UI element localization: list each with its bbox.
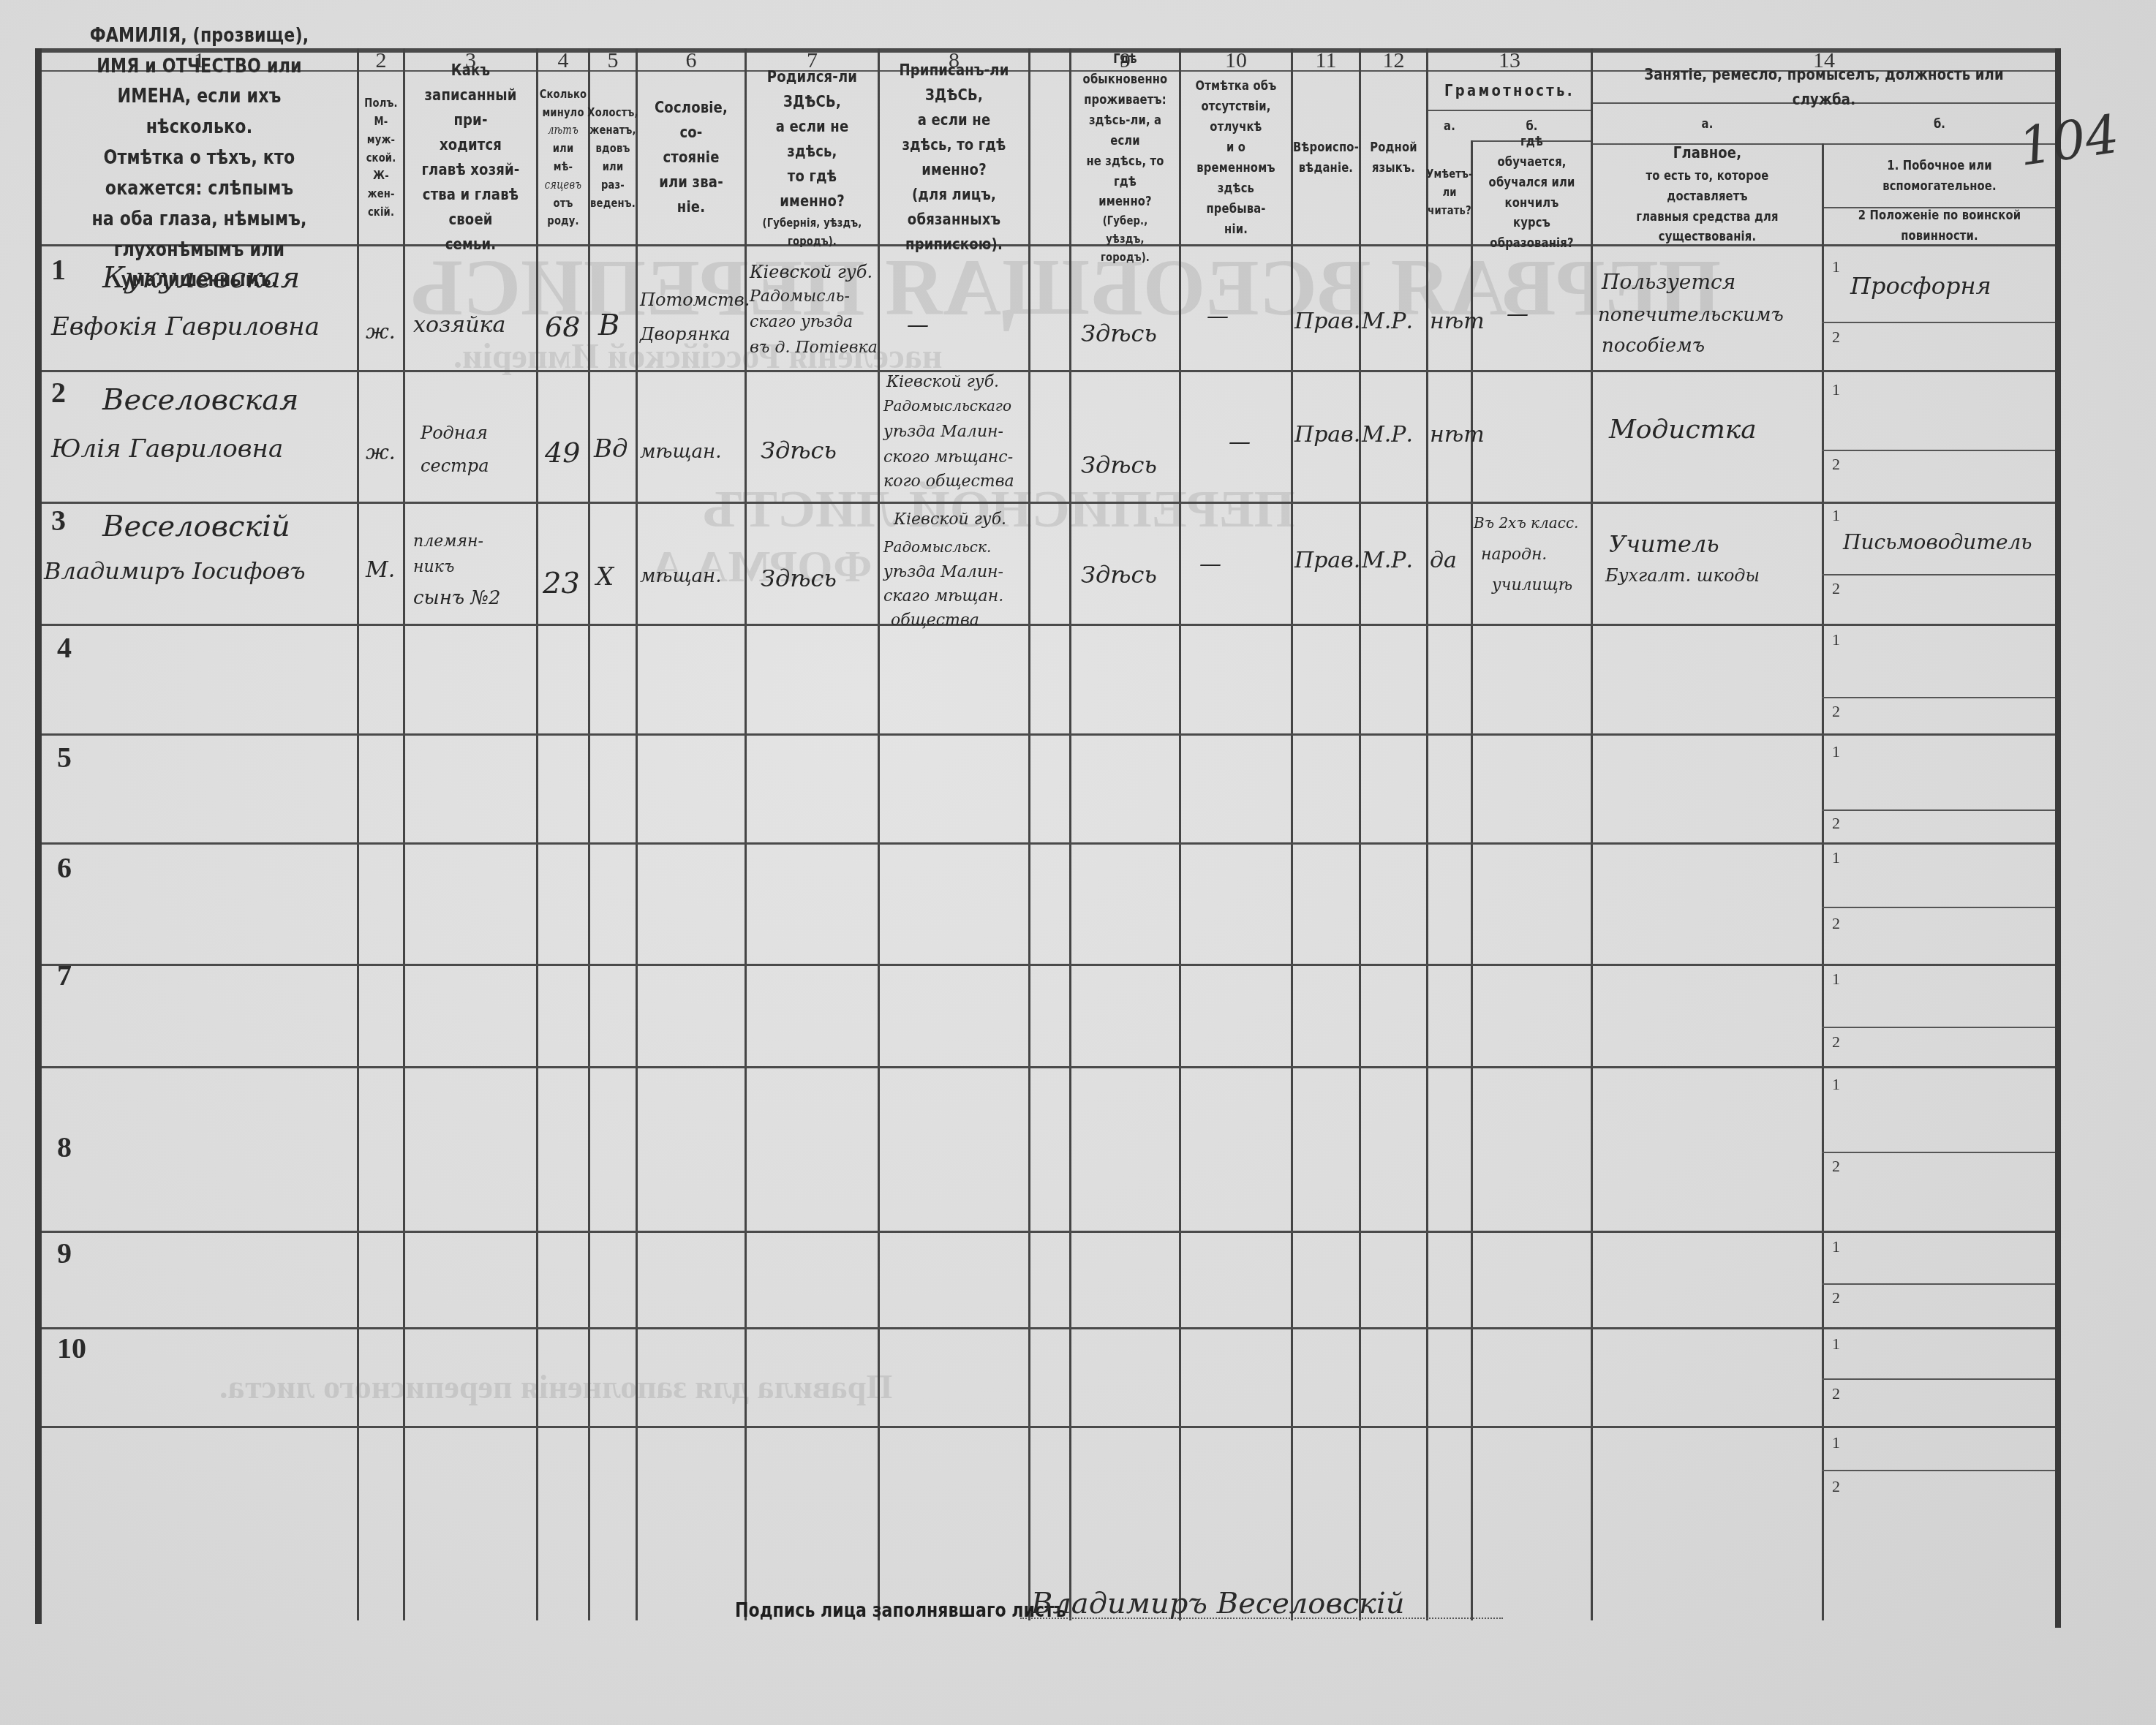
row1-sex: ж. xyxy=(366,322,396,342)
row3-given-names: Владимиръ Іосифовъ xyxy=(44,559,306,583)
subrow-label: 1 xyxy=(1832,1433,1840,1452)
header-line: именно? xyxy=(921,158,987,183)
ghost-rules: Правила для заполненія переписного листа… xyxy=(219,1367,892,1406)
row-number: 6 xyxy=(57,850,72,885)
header-line: а если не здѣсь, xyxy=(762,115,862,165)
row-number: 3 xyxy=(51,503,66,537)
row1-birthplace-4: въ д. Потіевка xyxy=(750,340,878,356)
subrow-line xyxy=(1822,1378,2055,1380)
subrow-label: 1 xyxy=(1832,380,1840,399)
row2-registered-5: кого общества xyxy=(883,474,1014,490)
col-line xyxy=(1179,48,1181,1620)
row-number: 4 xyxy=(57,630,72,665)
subrow-label: 1 xyxy=(1832,1237,1840,1256)
subrow-label: 2 xyxy=(1832,702,1840,721)
signature-value: Владимиръ Веселовскій xyxy=(1031,1587,1405,1620)
col-line xyxy=(1591,48,1593,1620)
row-number: 8 xyxy=(57,1130,72,1164)
row2-registered-3: уѣзда Малин- xyxy=(883,424,1003,440)
header-line: Сословіе, со- xyxy=(651,96,731,146)
subrow-label: 2 xyxy=(1832,455,1840,474)
col-line xyxy=(1028,48,1030,1620)
row3-absence: — xyxy=(1199,554,1221,575)
row1-given-names: Евфокія Гавриловна xyxy=(51,314,320,339)
header-line: здѣсь-ли, а если xyxy=(1085,110,1166,151)
row2-religion: Прав. xyxy=(1294,424,1360,446)
subrow-line xyxy=(1822,1027,2055,1028)
row3-occupation-main-1: Учитель xyxy=(1609,532,1719,556)
colnum-5: 5 xyxy=(590,51,636,70)
subrow-label: 1 xyxy=(1832,742,1840,761)
header-line: главныя средства для существованія. xyxy=(1617,207,1798,248)
header-line: Какъ записанный при- xyxy=(421,58,521,133)
row2-relation-2: сестра xyxy=(421,457,489,475)
row1-language: М.Р. xyxy=(1362,311,1413,333)
table-frame-left xyxy=(35,48,42,1624)
row-number: 7 xyxy=(57,958,72,992)
header-line: читать? xyxy=(1428,202,1471,220)
header-line: (для лицъ, обязанныхъ xyxy=(897,183,1011,233)
row3-registered-4: скаго мѣщан. xyxy=(883,589,1003,605)
row3-estate: мѣщан. xyxy=(640,567,721,586)
header-col13-group: Грамотность. xyxy=(1443,73,1576,110)
row1-birthplace-1: Кіевской губ. xyxy=(750,263,872,281)
header-col13b: гдѣ обучается, обучался или кончилъ курс… xyxy=(1483,143,1580,243)
row-line xyxy=(42,370,2055,372)
row1-surname: Кукулевская xyxy=(102,263,300,292)
row1-absence: — xyxy=(1207,306,1229,328)
row-number: 2 xyxy=(51,375,66,409)
col-line xyxy=(1426,48,1428,1620)
header-line: Полъ. xyxy=(364,94,397,113)
colnum-6: 6 xyxy=(638,51,745,70)
row3-registered-3: уѣзда Малин- xyxy=(883,565,1003,581)
header-line: Умѣетъ- xyxy=(1426,165,1472,184)
header-line: и о временномъ xyxy=(1194,137,1277,178)
row3-occupation-side: Письмоводитель xyxy=(1843,532,2032,553)
col-line xyxy=(1471,140,1473,1620)
header-line: женатъ, xyxy=(589,121,636,140)
row3-education-3: училищѣ xyxy=(1492,578,1572,594)
header-col14b-1: 1. Побочное или вспомогательное. xyxy=(1844,146,2034,207)
header-line: проживаетъ: xyxy=(1084,90,1166,110)
row3-registered-1: Кіевской губ. xyxy=(894,512,1006,528)
row1-birthplace-3: скаго уѣзда xyxy=(750,314,853,331)
row-line xyxy=(42,964,2055,966)
col-line xyxy=(878,48,880,1620)
row1-residence: Здѣсь xyxy=(1081,322,1157,345)
row2-registered-2: Радомысльскаго xyxy=(883,399,1011,413)
header-line: вдовъ xyxy=(596,140,630,158)
col-line xyxy=(1359,48,1361,1620)
header-line: ли xyxy=(1442,184,1456,202)
row2-birthplace: Здѣсь xyxy=(761,439,837,462)
subrow-label: 1 xyxy=(1832,506,1840,525)
subrow-line xyxy=(1822,574,2055,575)
row2-estate: мѣщан. xyxy=(640,442,721,461)
census-form-sheet: ПЕРВАЯ ВСЕОБЩАЯ ПЕРЕПИСЬ населенія Россі… xyxy=(0,0,2156,1725)
header-line: веденъ. xyxy=(590,195,636,213)
colnum-11: 11 xyxy=(1293,51,1359,70)
row3-relation-1: племян- xyxy=(413,534,483,550)
subrow-label: 1 xyxy=(1832,1335,1840,1354)
subrow-line xyxy=(1822,1283,2055,1285)
header-line: Приписанъ-ли ЗДѢСЬ, xyxy=(897,58,1011,108)
signature-label: Подпись лица заполнявшаго листъ xyxy=(735,1600,1066,1622)
header-line: М-муж- xyxy=(366,113,395,149)
row3-occupation-main-2: Бухгалт. шкоды xyxy=(1605,567,1760,584)
row1-relation: хозяйка xyxy=(413,314,505,336)
col-line xyxy=(1291,48,1293,1620)
row3-birthplace: Здѣсь xyxy=(761,567,837,590)
subrow-line xyxy=(1822,450,2055,451)
row3-age: 23 xyxy=(543,569,580,598)
header-col9: Гдѣ обыкновенно проживаетъ: здѣсь-ли, а … xyxy=(1081,73,1169,243)
header-col4: Сколько минуло лѣтъ или мѣ- сяцевъ отъ р… xyxy=(543,73,584,243)
row1-occupation-main-1: Пользуется xyxy=(1602,272,1735,292)
header-line: ніи. xyxy=(1224,219,1248,240)
col-line xyxy=(536,48,538,1620)
subrow-line xyxy=(1822,1470,2055,1471)
header-line: вѣданіе. xyxy=(1299,158,1353,178)
subrow-label: 1 xyxy=(1832,848,1840,867)
row1-religion: Прав. xyxy=(1294,311,1360,333)
header-line: отсутствіи, отлучкѣ xyxy=(1194,97,1277,137)
row2-sex: ж. xyxy=(366,442,396,463)
col-line xyxy=(588,48,590,1620)
row1-estate-2: Дворянка xyxy=(640,325,731,343)
subrow-label: 2 xyxy=(1832,1033,1840,1052)
row1-birthplace-2: Радомысль- xyxy=(750,289,850,305)
row3-can-read: да xyxy=(1430,550,1457,572)
header-line: скій. xyxy=(368,203,394,222)
row3-religion: Прав. xyxy=(1294,550,1360,572)
header-line: кончилъ курсъ xyxy=(1487,193,1576,234)
row2-registered-1: Кіевской губ. xyxy=(886,374,999,390)
subrow-label: 2 xyxy=(1832,814,1840,833)
row1-registered: — xyxy=(907,314,929,336)
row2-can-read: нѣт xyxy=(1430,424,1485,446)
colnum-4: 4 xyxy=(538,51,588,70)
row1-education: — xyxy=(1507,303,1529,325)
row1-estate-1: Потомств. xyxy=(640,291,750,309)
header-line: Холостъ, xyxy=(587,104,638,122)
header-col14b-2: 2 Положеніе по воинской повинности. xyxy=(1844,209,2034,243)
row-line xyxy=(42,1231,2055,1233)
header-line: (Губернія, уѣздъ, городъ). xyxy=(762,214,862,251)
row2-occupation-main: Модистка xyxy=(1609,417,1757,443)
header-col8: Приписанъ-ли ЗДѢСЬ, а если не здѣсь, то … xyxy=(893,73,1014,243)
subrow-line xyxy=(1822,697,2055,698)
row3-relation-2: никъ xyxy=(413,559,454,575)
subrow-label: 2 xyxy=(1832,914,1840,933)
row1-marital: В xyxy=(598,311,619,340)
header-line: обучался или xyxy=(1489,173,1575,193)
row-number: 9 xyxy=(57,1236,72,1270)
subrow-label: 1 xyxy=(1832,970,1840,989)
row1-occupation-side: Просфорня xyxy=(1850,274,1991,298)
header-line: минуло xyxy=(542,104,584,122)
header-line: а если не здѣсь, то гдѣ xyxy=(897,108,1011,158)
row3-education-1: Въ 2хъ класс. xyxy=(1474,516,1578,530)
subrow-line xyxy=(1822,1152,2055,1153)
row-line xyxy=(42,1426,2055,1428)
subrow-label: 2 xyxy=(1832,1477,1840,1496)
header-line: или раз- xyxy=(598,158,628,195)
row3-language: М.Р. xyxy=(1362,550,1413,572)
subrow-label: 2 xyxy=(1832,1157,1840,1176)
row3-sex: М. xyxy=(366,559,395,581)
colnum-12: 12 xyxy=(1361,51,1426,70)
header-col6: Сословіе, со- стояніе или зва- ніе. xyxy=(647,73,735,243)
header-line: припискою). xyxy=(905,233,1003,257)
header-line: отъ роду. xyxy=(546,195,580,231)
header-line: то есть то, которое доставляетъ xyxy=(1617,166,1798,207)
row1-can-read: нѣт xyxy=(1430,311,1485,333)
header-col1: ФАМИЛІЯ, (прозвище), ИМЯ и ОТЧЕСТВО или … xyxy=(70,73,328,243)
header-line: лѣтъ xyxy=(548,121,578,140)
header-line: семьи. xyxy=(445,233,497,257)
header-col11: Вѣроиспо- вѣданіе. xyxy=(1299,73,1353,243)
col-line xyxy=(636,48,638,1620)
subrow-line xyxy=(1822,322,2055,323)
row3-relation-3: сынъ №2 xyxy=(413,589,501,608)
row3-registered-2: Радомысльск. xyxy=(883,540,991,554)
row2-marital: Вд xyxy=(594,437,628,461)
subrow-label: 2 xyxy=(1832,1288,1840,1307)
row3-education-2: народн. xyxy=(1481,547,1547,563)
col-line xyxy=(357,48,359,1620)
row-line xyxy=(42,502,2055,504)
header-line: сяцевъ xyxy=(545,176,581,195)
header-col14-group: Занятіе, ремесло, промыселъ, должность и… xyxy=(1635,73,2013,102)
subrow-line xyxy=(1822,907,2055,908)
header-line: Главное, xyxy=(1673,141,1742,166)
header-line: или мѣ- xyxy=(546,140,580,176)
row1-age: 68 xyxy=(545,313,580,341)
header-line: Грамотность. xyxy=(1444,79,1575,104)
header-line: здѣсь пребыва- xyxy=(1194,178,1277,219)
subrow-label: 1 xyxy=(1832,1075,1840,1094)
row-number: 1 xyxy=(51,252,66,287)
header-line: гдѣ обучается, xyxy=(1487,132,1576,173)
row-line xyxy=(42,733,2055,736)
header-line: не здѣсь, то гдѣ xyxy=(1085,151,1166,192)
row-line xyxy=(42,1327,2055,1329)
header-line: Отмѣтка объ xyxy=(1195,76,1276,97)
colnum-13: 13 xyxy=(1428,51,1591,70)
row-line xyxy=(42,842,2055,845)
header-line: ства и главѣ своей xyxy=(421,183,521,233)
header-line: ФАМИЛІЯ, (прозвище), ИМЯ и ОТЧЕСТВО или xyxy=(74,20,325,82)
subrow-label: 2 xyxy=(1832,1384,1840,1403)
header-col2: Полъ. М-муж- ской. Ж-жен- скій. xyxy=(363,73,399,243)
row-line xyxy=(42,624,2055,626)
row3-residence: Здѣсь xyxy=(1081,563,1157,586)
header-col14a: Главное, то есть то, которое доставляетъ… xyxy=(1613,146,1801,243)
row-number: 10 xyxy=(57,1331,86,1365)
row1-occupation-main-3: пособіемъ xyxy=(1602,336,1705,355)
row-number: 5 xyxy=(57,740,72,774)
row3-marital: Х xyxy=(596,565,614,589)
col13-group-line xyxy=(1426,110,1591,111)
row1-occupation-main-2: попечительскимъ xyxy=(1598,306,1784,325)
col-line xyxy=(1822,143,1824,1620)
header-col14a-label: а. xyxy=(1613,105,1801,143)
row-line xyxy=(42,1066,2055,1068)
row2-registered-4: ского мѣщанс- xyxy=(883,450,1013,466)
row3-registered-5: общества xyxy=(891,613,979,629)
row2-given-names: Юлія Гавриловна xyxy=(51,437,283,461)
row2-age: 49 xyxy=(545,439,580,467)
col-line xyxy=(745,48,747,1620)
header-col13a-label: а. xyxy=(1432,112,1467,140)
header-col12: Родной языкъ. xyxy=(1367,73,1420,243)
header-col5: Холостъ, женатъ, вдовъ или раз- веденъ. xyxy=(595,73,632,243)
header-line: Родился-ли ЗДѢСЬ, xyxy=(762,65,862,115)
header-line: именно? xyxy=(1098,192,1152,212)
page-number: 104 xyxy=(2015,103,2123,178)
header-line: Гдѣ обыкновенно xyxy=(1083,49,1168,90)
subrow-label: 2 xyxy=(1832,328,1840,347)
col-line xyxy=(1069,48,1071,1620)
subrow-label: 2 xyxy=(1832,579,1840,598)
header-col14b-label: б. xyxy=(1844,105,2034,143)
header-line: ходится главѣ хозяй- xyxy=(421,133,521,183)
header-col3: Какъ записанный при- ходится главѣ хозяй… xyxy=(417,73,524,243)
header-line: ской. xyxy=(366,149,396,167)
row3-surname: Веселовскій xyxy=(102,512,290,541)
subrow-label: 1 xyxy=(1832,257,1840,276)
header-line: на оба глаза, нѣмымъ, глухонѣмымъ или xyxy=(74,204,325,265)
header-col13a: Умѣетъ- ли читать? xyxy=(1432,143,1467,243)
header-line: ИМЕНА, если ихъ нѣсколько. xyxy=(74,81,325,143)
subrow-label: 1 xyxy=(1832,630,1840,649)
row2-surname: Веселовская xyxy=(102,385,299,415)
row2-language: М.Р. xyxy=(1362,424,1413,446)
header-col10: Отмѣтка объ отсутствіи, отлучкѣ и о врем… xyxy=(1191,73,1281,243)
colnum-2: 2 xyxy=(359,51,403,70)
subrow-line xyxy=(1822,809,2055,811)
header-line: языкъ. xyxy=(1372,158,1415,178)
table-frame-right xyxy=(2055,48,2061,1628)
header-line: Вѣроиспо- xyxy=(1293,137,1359,158)
header-line: Сколько xyxy=(540,86,587,104)
header-line: (Губер., уѣздъ, городъ). xyxy=(1085,212,1166,266)
header-line: то гдѣ именно? xyxy=(762,165,862,214)
row2-residence: Здѣсь xyxy=(1081,453,1157,477)
row2-relation-1: Родная xyxy=(421,424,488,442)
col-line xyxy=(403,48,405,1620)
row2-absence: — xyxy=(1229,431,1251,453)
header-line: Родной xyxy=(1370,137,1417,158)
header-line: Отмѣтка о тѣхъ, кто окажется: слѣпымъ xyxy=(74,143,325,204)
header-line: Ж-жен- xyxy=(366,167,395,203)
header-col7: Родился-ли ЗДѢСЬ, а если не здѣсь, то гд… xyxy=(758,73,866,243)
colnum-10: 10 xyxy=(1181,51,1291,70)
header-line: образованія? xyxy=(1490,233,1573,254)
header-line: ніе. xyxy=(677,195,705,220)
header-line: стояніе или зва- xyxy=(651,146,731,195)
